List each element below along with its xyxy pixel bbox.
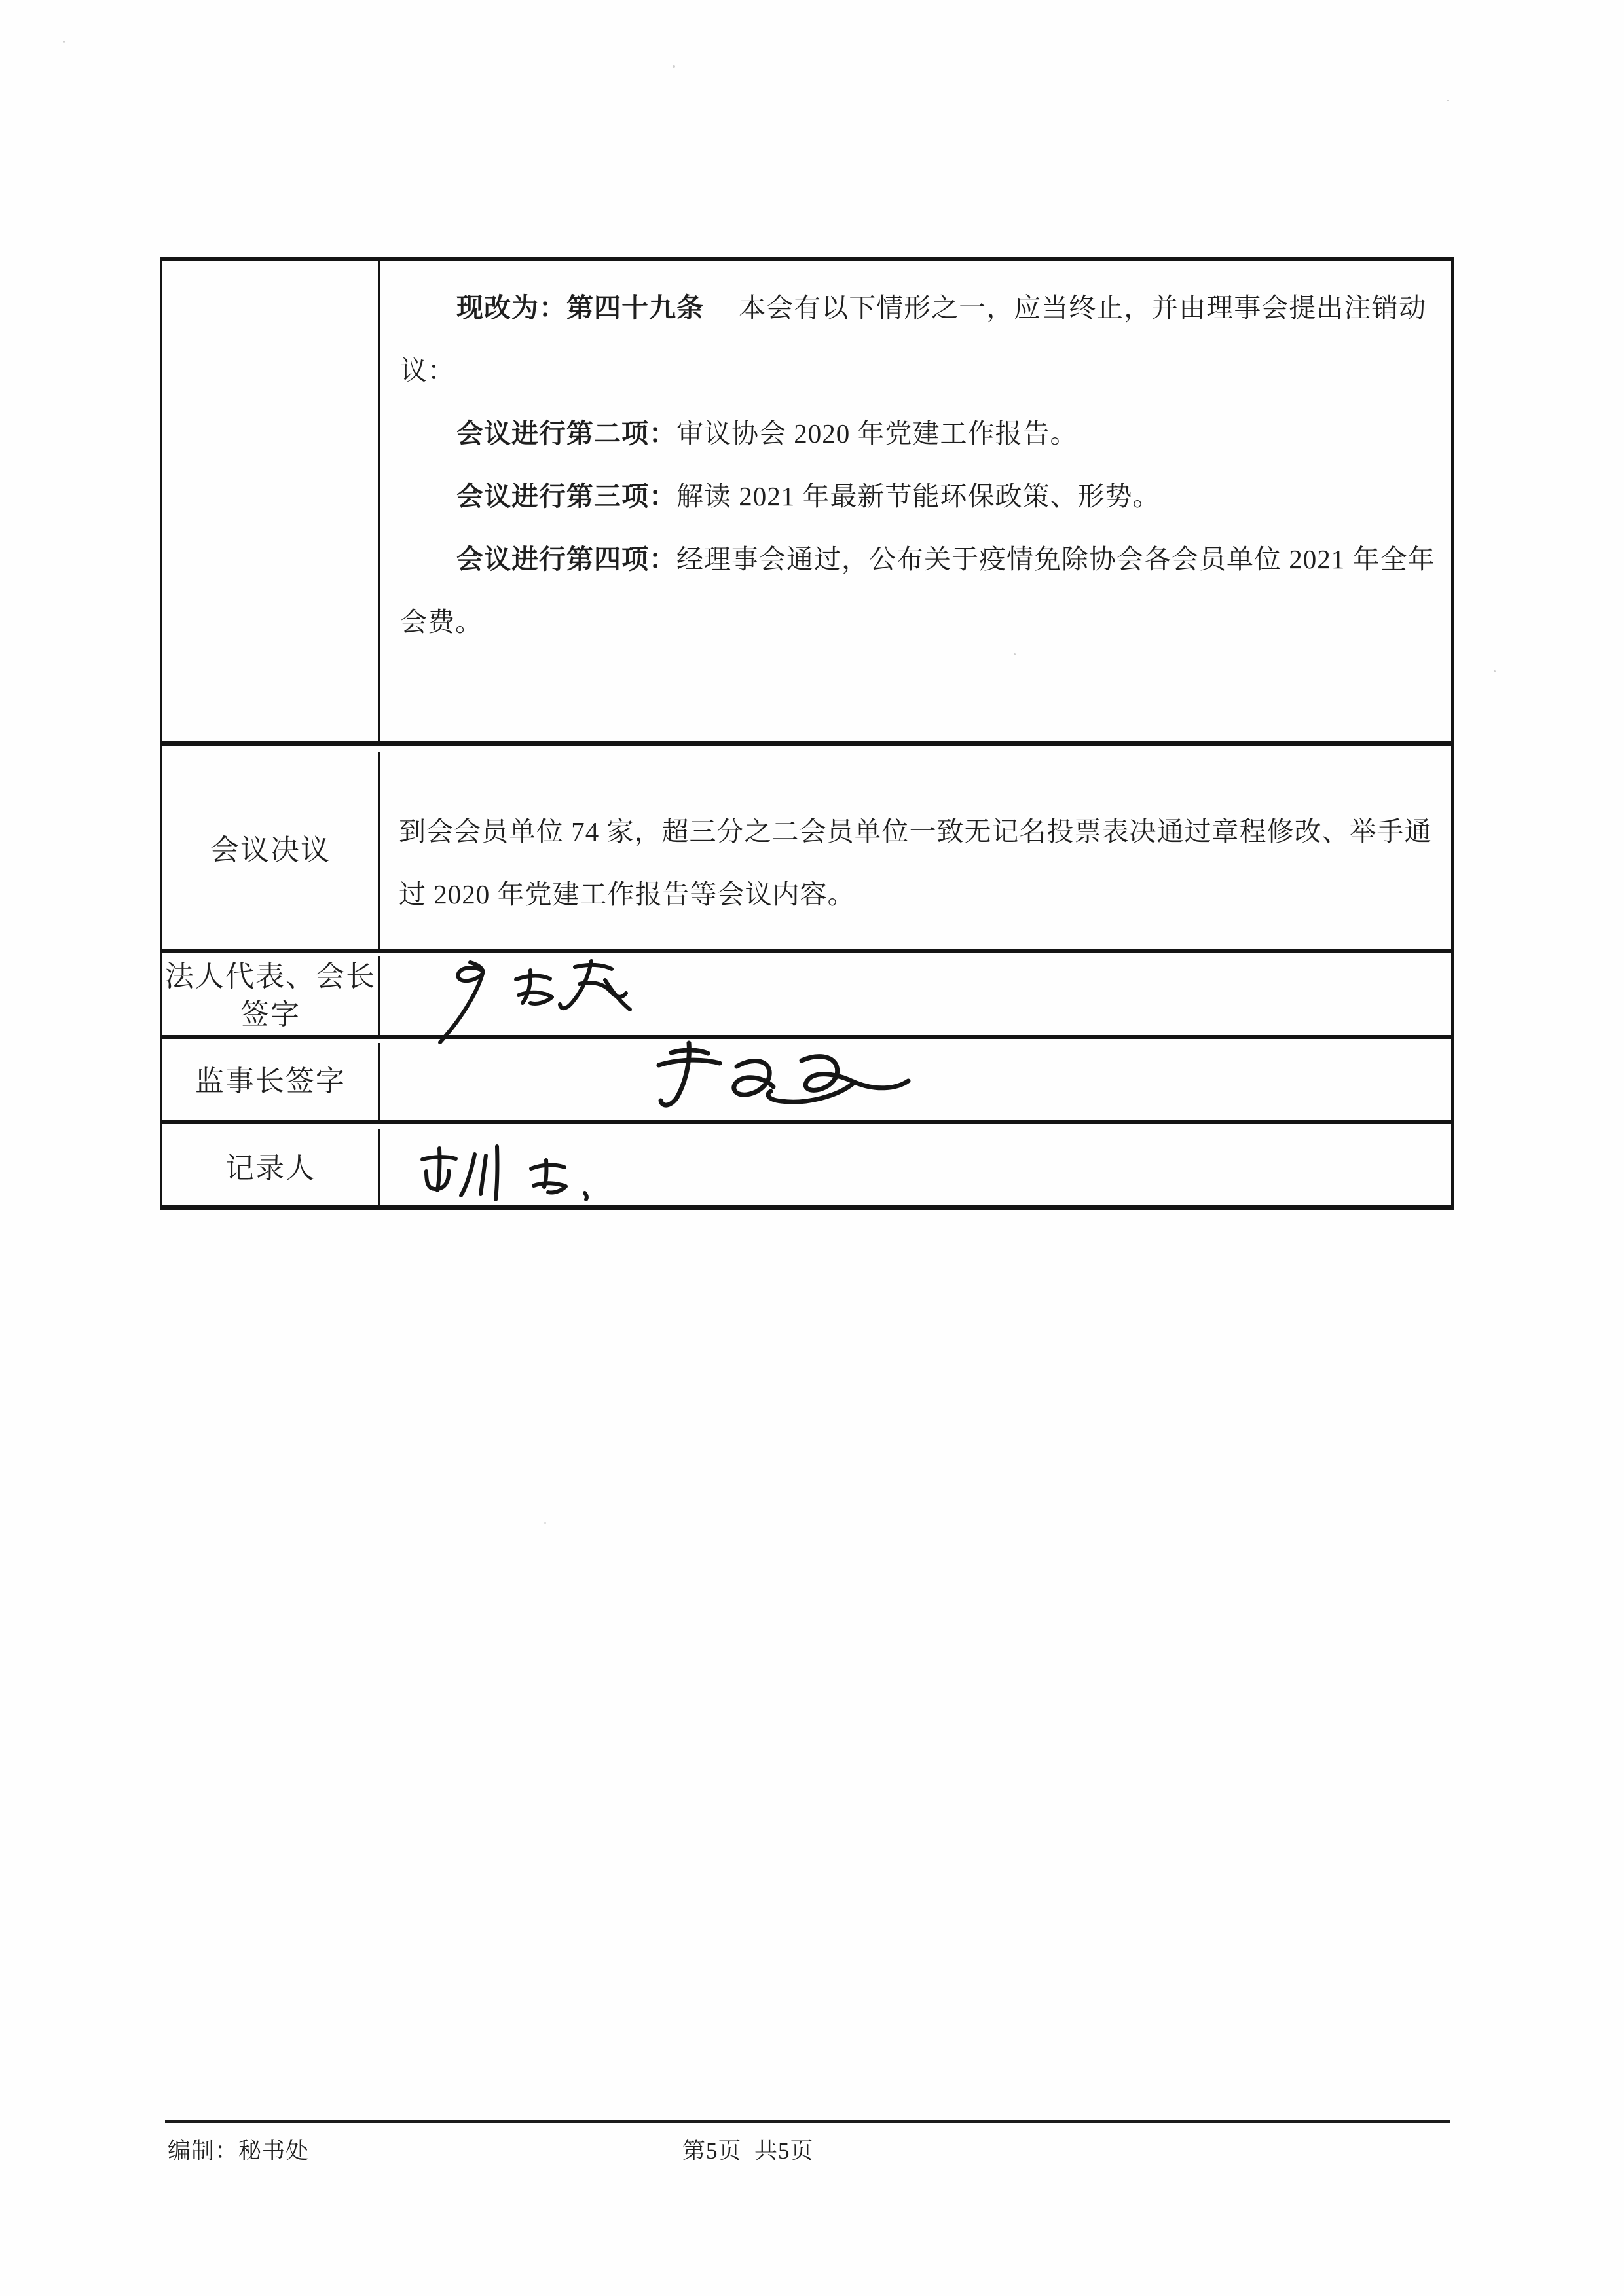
table-row-continuation: 现改为：第四十九条 本会有以下情形之一，应当终止，并由理事会提出注销动议： 会议… [162, 261, 1451, 746]
scan-speck [1494, 670, 1496, 672]
footer-divider [165, 2120, 1450, 2123]
recorder-row-label: 记录人 [162, 1129, 380, 1209]
scan-speck [544, 1522, 546, 1524]
scan-speck [1447, 100, 1449, 101]
scanned-document-page: 现改为：第四十九条 本会有以下情形之一，应当终止，并由理事会提出注销动议： 会议… [0, 0, 1624, 2296]
paragraph-rest: 审议协会 2020 年党建工作报告。 [676, 418, 1078, 448]
table-row-recorder-signature: 记录人 [162, 1129, 1451, 1209]
resolution-row-label: 会议决议 [162, 752, 380, 949]
paragraph-agenda-item-4: 会议进行第四项：经理事会通过，公布关于疫情免除协会各会员单位 2021 年全年会… [400, 528, 1435, 653]
paragraph-rest: 解读 2021 年最新节能环保政策、形势。 [676, 481, 1160, 511]
table-row-resolution: 会议决议 到会会员单位 74 家，超三分之二会员单位一致无记名投票表决通过章程修… [162, 752, 1451, 953]
row-label-text: 记录人 [225, 1150, 316, 1188]
resolution-text: 到会会员单位 74 家，超三分之二会员单位一致无记名投票表决通过章程修改、举手通… [399, 800, 1434, 926]
paragraph-amended-article: 现改为：第四十九条 本会有以下情形之一，应当终止，并由理事会提出注销动议： [400, 276, 1435, 402]
continuation-content-cell: 现改为：第四十九条 本会有以下情形之一，应当终止，并由理事会提出注销动议： 会议… [380, 261, 1451, 741]
table-row-legal-rep-signature: 法人代表、会长 签字 [162, 956, 1451, 1039]
supervisor-row-label: 监事长签字 [162, 1043, 380, 1120]
supervisor-signature [609, 1037, 923, 1129]
row-label-text: 会议决议 [210, 831, 331, 869]
footer-prepared-by: 编制：秘书处 [168, 2133, 309, 2166]
legal-rep-signature [419, 953, 635, 1051]
paragraph-bold-prefix: 会议进行第二项： [456, 418, 676, 448]
legal-rep-row-label: 法人代表、会长 签字 [162, 956, 380, 1035]
scan-speck [673, 65, 675, 68]
paragraph-bold-prefix: 现改为：第四十九条 [456, 293, 704, 323]
scan-speck [1014, 653, 1016, 655]
row-label-text-line1: 法人代表、会长 [165, 958, 376, 996]
recorder-signature [403, 1142, 619, 1208]
footer-page-number: 第5页 共5页 [682, 2133, 814, 2166]
resolution-content-cell: 到会会员单位 74 家，超三分之二会员单位一致无记名投票表决通过章程修改、举手通… [380, 752, 1451, 949]
row-label-cell-empty [162, 261, 380, 741]
paragraph-agenda-item-2: 会议进行第二项：审议协会 2020 年党建工作报告。 [400, 402, 1435, 465]
row-label-text: 监事长签字 [195, 1063, 346, 1101]
scan-speck [63, 41, 65, 43]
row-label-text-line2: 签字 [240, 996, 301, 1034]
paragraph-agenda-item-3: 会议进行第三项：解读 2021 年最新节能环保政策、形势。 [400, 465, 1435, 528]
paragraph-bold-prefix: 会议进行第三项： [456, 481, 676, 511]
paragraph-bold-prefix: 会议进行第四项： [456, 544, 676, 574]
